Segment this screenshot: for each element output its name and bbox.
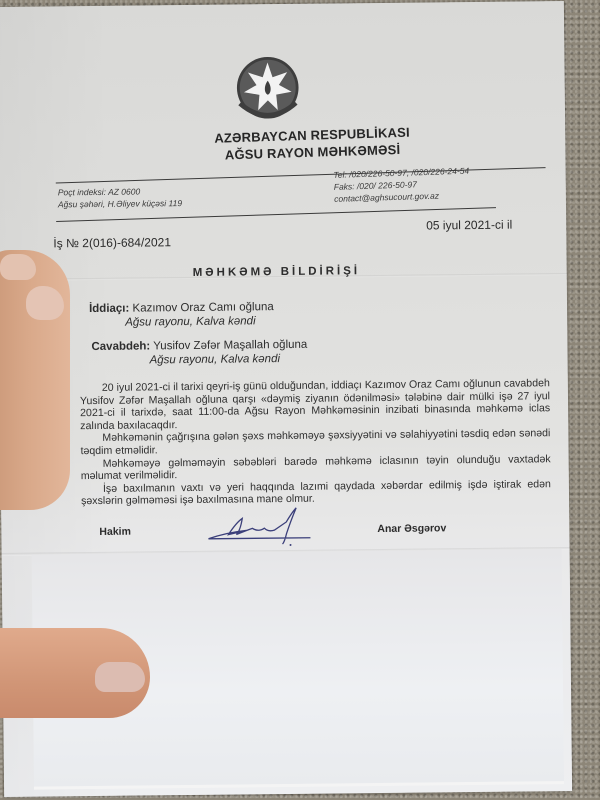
- notice-body: 20 iyul 2021-ci il tarixi qeyri-iş günü …: [80, 377, 551, 508]
- defendant-block: Cavabdeh: Yusifov Zəfər Maşallah oğluna …: [91, 338, 307, 368]
- defendant-address: Ağsu rayonu, Kalva kəndi: [92, 352, 308, 368]
- street-address: Ağsu şəhəri, H.Əliyev küçəsi 119: [58, 197, 182, 210]
- case-number: İş № 2(016)-684/2021: [53, 235, 171, 250]
- judge-role: Hakim: [99, 526, 131, 538]
- contact-right: Tel: /020/226-50-97, /020/226-24-54 Faks…: [333, 165, 470, 205]
- header-rule-top: [56, 167, 546, 183]
- contact-left: Poçt indeksi: AZ 0600 Ağsu şəhəri, H.Əli…: [58, 185, 182, 210]
- azerbaijan-state-emblem-icon: [232, 54, 303, 125]
- fingernail: [0, 254, 36, 280]
- plaintiff-block: İddiaçı: Kazımov Oraz Camı oğluna Ağsu r…: [89, 300, 274, 330]
- document-date: 05 iyul 2021-ci il: [426, 218, 512, 233]
- fingernail: [26, 286, 64, 320]
- document-title: MƏHKƏMƏ BİLDİRİŞİ: [193, 265, 361, 279]
- letterhead-title: AZƏRBAYCAN RESPUBLİKASI AĞSU RAYON MƏHKƏ…: [192, 123, 433, 165]
- paragraph-hearing: 20 iyul 2021-ci il tarixi qeyri-iş günü …: [80, 377, 551, 432]
- defendant-name: Yusifov Zəfər Maşallah oğluna: [153, 339, 307, 353]
- plaintiff-address: Ağsu rayonu, Kalva kəndi: [89, 314, 274, 330]
- handwritten-signature-icon: [206, 504, 316, 551]
- defendant-label: Cavabdeh:: [91, 340, 150, 353]
- plaintiff-label: İddiaçı:: [89, 303, 129, 315]
- thumbnail: [95, 662, 145, 692]
- plaintiff-name: Kazımov Oraz Camı oğluna: [132, 301, 273, 314]
- judge-name: Anar Əsgərov: [377, 522, 446, 535]
